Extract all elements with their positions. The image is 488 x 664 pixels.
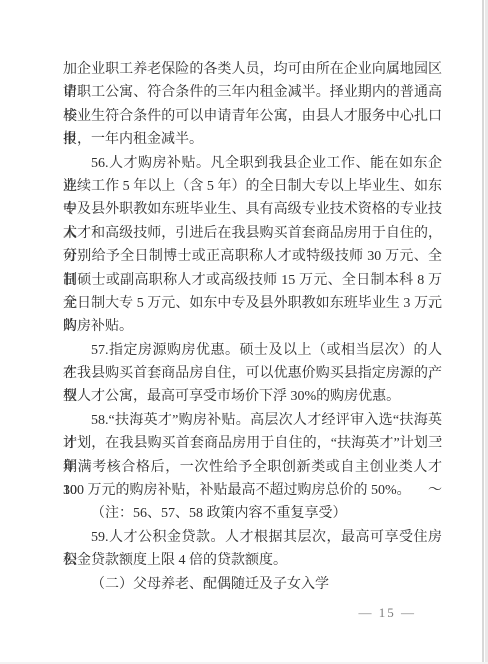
text-line: 积金贷款额度上限 4 倍的贷款额度。 [63,549,442,572]
text-line-note: （注：56、57、58 政策内容不重复享受） [63,502,442,525]
text-line-section-heading: （二）父母养老、配偶随迁及子女入学 [63,573,442,596]
text-line: 期满考核合格后，一次性给予全职创新类或自主创业类人才 30～ [63,456,442,479]
text-line: 在我县购买首套商品房自住，可以优惠价购买县指定房源的产权 [63,362,442,385]
text-line: 购房补贴。 [63,315,442,338]
text-line: 请职工公寓、符合条件的三年内租金减半。择业期内的普通高校 [63,81,442,104]
text-line-item-57: 57.指定房源购房优惠。硕士及以上（或相当层次）的人才， [63,339,442,362]
text-line-item-56: 56.人才购房补贴。凡全职到我县企业工作、能在如东企业 [63,152,442,175]
page-number: — 15 — [359,604,417,622]
scan-edge-line [482,0,484,664]
text-line: 型人才公寓，最高可享受市场价下浮 30%的购房优惠。 [63,385,442,408]
text-line: 100 万元的购房补贴，补贴最高不超过购房总价的 50%。 [63,479,442,502]
text-line: 制硕士或副高职称人才或高级技师 15 万元、全日制本科 8 万元、 [63,269,442,292]
text-line: 连续工作 5 年以上（含 5 年）的全日制大专以上毕业生、如东中 [63,175,442,198]
text-line: 分别给予全日制博士或正高职称人才或特级技师 30 万元、全日 [63,245,442,268]
document-body-text: 加企业职工养老保险的各类人员，均可由所在企业向属地园区申 请职工公寓、符合条件的… [63,58,442,596]
document-page: 加企业职工养老保险的各类人员，均可由所在企业向属地园区申 请职工公寓、符合条件的… [0,0,488,664]
text-line: 人才和高级技师，引进后在我县购买首套商品房用于自住的，可 [63,222,442,245]
text-line: 报，一年内租金减半。 [63,128,442,151]
text-line-item-59: 59.人才公积金贷款。人才根据其层次，最高可享受住房公 [63,526,442,549]
text-line: 毕业生符合条件的可以申请青年公寓，由县人才服务中心扎口申 [63,105,442,128]
text-line-item-58: 58.“扶海英才”购房补贴。高层次人才经评审入选“扶海英才” [63,409,442,432]
text-line: 全日制大专 5 万元、如东中专及县外职教如东班毕业生 3 万元的 [63,292,442,315]
text-line: 计划，在我县购买首套商品房用于自住的，“扶海英才”计划三年 [63,432,442,455]
text-line: 专及县外职教如东班毕业生、具有高级专业技术资格的专业技术 [63,198,442,221]
text-line: 加企业职工养老保险的各类人员，均可由所在企业向属地园区申 [63,58,442,81]
